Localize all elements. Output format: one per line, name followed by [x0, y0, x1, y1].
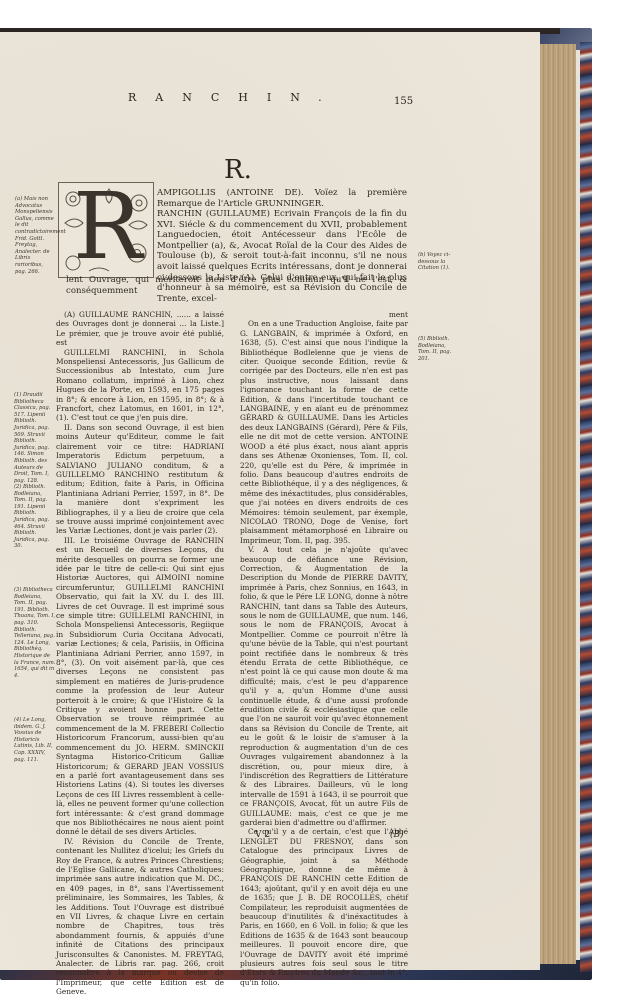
page-block-edge — [540, 44, 576, 964]
letter-heading: R. — [224, 155, 252, 185]
work-5: V. A tout cela je n'ajoûte qu'avec beauc… — [240, 545, 408, 827]
work-1: GUILLELMI RANCHINI, in Schola Monspelien… — [56, 348, 224, 423]
margin-note-1: (1) Draudii Bibliotheca Classica, pag. 5… — [14, 392, 56, 484]
margin-note-5: (5) Biblioth. Bodleiana, Tom. II, pag. 2… — [418, 336, 460, 362]
margin-note-a: (a) Mais non Advocatus Monspeliensis Gal… — [15, 196, 55, 275]
intro-line-rampigollis: AMPIGOLLIS (ANTOINE DE). Voïez la premiè… — [157, 188, 407, 209]
work-3: III. Le troisiéme Ouvrage de RANCHIN est… — [56, 536, 224, 837]
entry-continuation: lent Ouvrage, qui mériteroit bien d'être… — [66, 275, 407, 296]
catchword: (B) — [390, 830, 404, 840]
initial-letter: R — [73, 179, 142, 275]
marbled-board-edge — [580, 42, 592, 972]
margin-note-3: (3) Bibliotheca Bodleiana, Tom. II, pag.… — [14, 587, 56, 679]
remark-a-opening: (A) GUILLAUME RANCHIN, ...... a laissé d… — [56, 310, 224, 348]
ornamental-initial: R — [58, 182, 154, 278]
lenglet-para: Ce qu'il y a de certain, c'est que l'Abb… — [240, 827, 408, 987]
margin-note-2: (2) Biblioth. Bodleiana, Tom. II, pag. 1… — [14, 484, 56, 550]
margin-note-4: (4) Le Long, ibidem. G. J. Vossius de Hi… — [14, 717, 56, 763]
work-4: IV. Révision du Concile de Trente, conte… — [56, 837, 224, 997]
page-number: 155 — [394, 96, 413, 107]
right-column: ment On en a une Traduction Angloise, fa… — [240, 310, 408, 987]
english-translation-para: On en a une Traduction Angloise, faite p… — [240, 319, 408, 545]
carry-word: ment — [240, 310, 408, 319]
left-column: (A) GUILLAUME RANCHIN, ...... a laissé d… — [56, 310, 224, 997]
running-head: RANCHIN. — [128, 91, 408, 104]
work-2: II. Dans son second Ouvrage, il est bien… — [56, 423, 224, 536]
margin-note-b: (b) Voyez ci-dessous la Citation (1). — [418, 252, 458, 272]
signature-mark: V 2 — [255, 830, 270, 840]
